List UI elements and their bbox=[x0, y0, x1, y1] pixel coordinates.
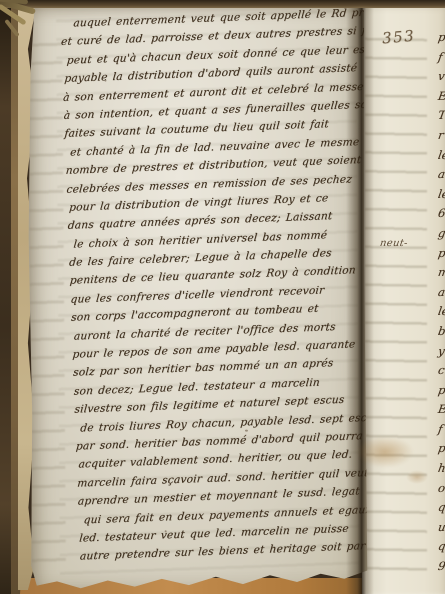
marginal-note: neut- bbox=[379, 238, 408, 249]
edge-fragment: a bbox=[436, 283, 445, 303]
edge-fragment: 6 bbox=[436, 204, 445, 224]
facing-page-text-fragments: pfvETrleale6gpmalebycpEfphoquq9 bbox=[438, 28, 445, 577]
facing-page: 353 neut- pfvETrleale6gpmalebycpEfphoquq… bbox=[362, 2, 445, 594]
edge-fragment: c bbox=[436, 361, 445, 381]
edge-fragment: g bbox=[436, 224, 445, 244]
handwritten-text: auquel enterrement veut que soit appellé… bbox=[60, 4, 382, 566]
edge-fragment: v bbox=[436, 67, 445, 87]
edge-fragment: T bbox=[436, 106, 445, 126]
edge-fragment: r bbox=[436, 126, 445, 146]
edge-fragment: q bbox=[436, 537, 445, 557]
edge-fragment: p bbox=[436, 381, 445, 401]
book-top-edge bbox=[0, 0, 445, 8]
manuscript-page: auquel enterrement veut que soit appellé… bbox=[26, 2, 368, 589]
edge-fragment: le bbox=[436, 302, 445, 322]
paper-stain bbox=[356, 436, 414, 468]
manuscript-photo: 353 neut- pfvETrleale6gpmalebycpEfphoquq… bbox=[0, 0, 445, 594]
edge-fragment: p bbox=[436, 439, 445, 459]
edge-fragment: y bbox=[436, 342, 445, 362]
bleed-through-lines bbox=[365, 24, 427, 580]
edge-fragment: q bbox=[436, 498, 445, 518]
edge-fragment: b bbox=[436, 322, 445, 342]
edge-fragment: u bbox=[436, 518, 445, 538]
gutter-shadow bbox=[346, 0, 374, 594]
edge-fragment: f bbox=[436, 48, 445, 68]
edge-fragment: p bbox=[436, 28, 445, 48]
edge-fragment: h bbox=[436, 459, 445, 479]
edge-fragment: f bbox=[436, 420, 445, 440]
edge-fragment: le bbox=[436, 146, 445, 166]
edge-fragment: E bbox=[436, 87, 445, 107]
edge-fragment: m bbox=[436, 263, 445, 283]
edge-fragment: le bbox=[436, 185, 445, 205]
edge-fragment: o bbox=[436, 479, 445, 499]
page-number: 353 bbox=[381, 27, 416, 48]
edge-fragment: 9 bbox=[436, 557, 445, 577]
paper-stain bbox=[406, 470, 428, 484]
edge-fragment: p bbox=[436, 244, 445, 264]
edge-fragment: a bbox=[436, 165, 445, 185]
edge-fragment: E bbox=[436, 400, 445, 420]
